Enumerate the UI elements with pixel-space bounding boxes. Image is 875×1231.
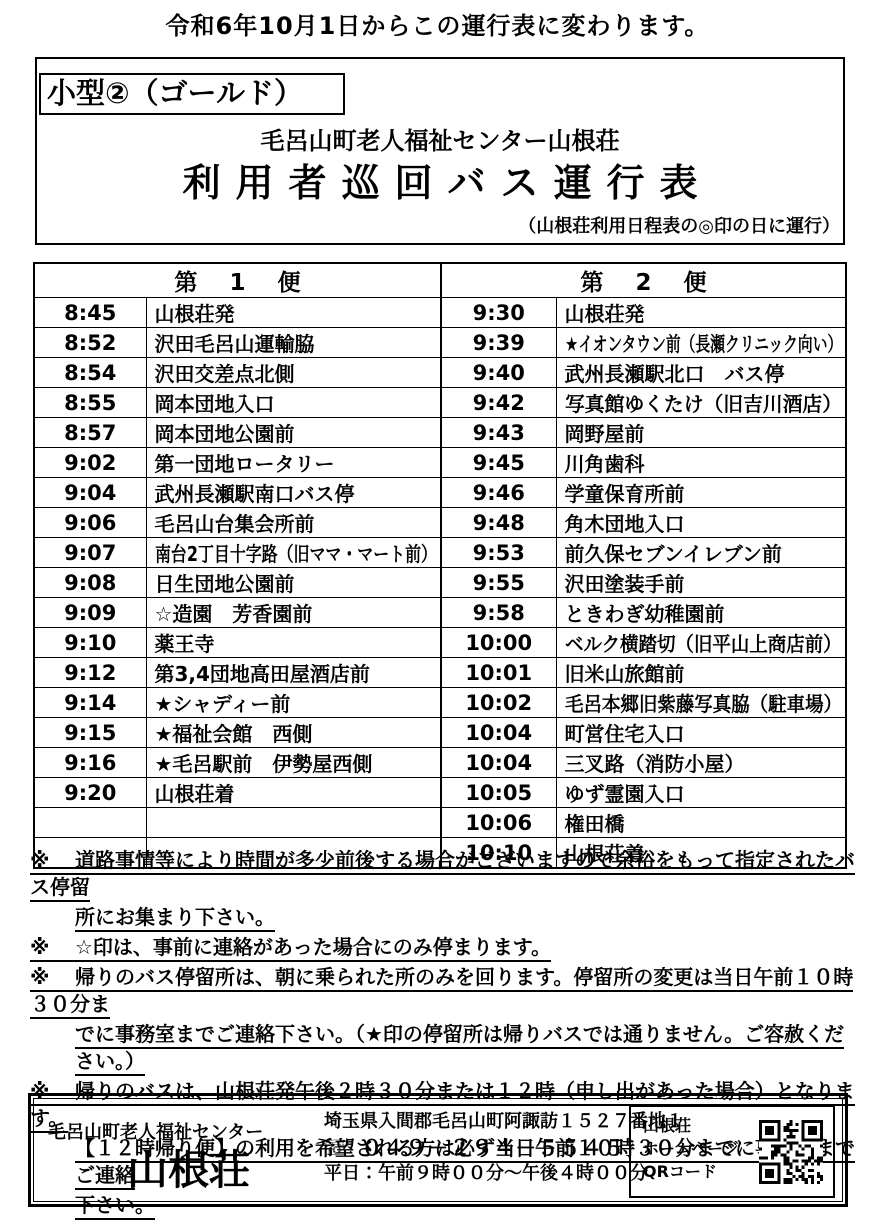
stop-name: 薬王寺 (155, 628, 215, 657)
stop-name: 武州長瀬駅南口バス停 (155, 478, 355, 507)
timetable-row: 9:09☆造園 芳香園前9:58ときわぎ幼稚園前 (34, 598, 846, 628)
timetable-row: 8:57岡本団地公園前9:43岡野屋前 (34, 418, 846, 448)
time-cell: 9:09 (34, 598, 146, 628)
time-cell: 9:06 (34, 508, 146, 538)
stop-cell: 毛呂山台集会所前 (146, 508, 441, 538)
stop-name: 権田橋 (565, 808, 625, 837)
stop-cell: 山根荘発 (146, 298, 441, 328)
stop-name: 前久保セブンイレブン前 (565, 538, 782, 567)
time-cell: 9:20 (34, 778, 146, 808)
time-cell (34, 808, 146, 838)
note-marker: ※ (30, 964, 75, 991)
stop-name: 第3,4団地高田屋酒店前 (155, 658, 370, 687)
stop-name: 岡本団地公園前 (155, 418, 295, 447)
qr-label-line: 山根荘 (643, 1114, 739, 1137)
stop-cell (146, 808, 441, 838)
stop-cell: ★毛呂駅前 伊勢屋西側 (146, 748, 441, 778)
time-cell: 9:12 (34, 658, 146, 688)
timetable-row: 9:02第一団地ロータリー9:45川角歯科 (34, 448, 846, 478)
timetable-row: 10:06権田橋 (34, 808, 846, 838)
qr-label-line: QRコード (643, 1160, 739, 1183)
time-cell: 8:57 (34, 418, 146, 448)
stop-cell: 川角歯科 (556, 448, 846, 478)
timetable-row: 9:07南台2丁目十字路（旧ママ・マート前）9:53前久保セブンイレブン前 (34, 538, 846, 568)
time-cell: 9:16 (34, 748, 146, 778)
stop-cell: 岡本団地入口 (146, 388, 441, 418)
stop-cell: ゆず霊園入口 (556, 778, 846, 808)
stop-cell: 山根荘発 (556, 298, 846, 328)
phone-icon: ☏ (324, 1136, 351, 1160)
stop-cell: ★シャディー前 (146, 688, 441, 718)
timetable-row: 8:45山根荘発9:30山根荘発 (34, 298, 846, 328)
stop-cell: ベルク横踏切（旧平山上商店前） (556, 628, 846, 658)
stop-cell: 薬王寺 (146, 628, 441, 658)
footer: 毛呂山町老人福祉センター 山根荘 埼玉県入間郡毛呂山町阿諏訪１５２７番地１ ☏０… (28, 1093, 848, 1207)
org-name: 毛呂山町老人福祉センター山根荘 (37, 121, 843, 156)
trip1-header: 第 1 便 (34, 263, 441, 298)
timetable-row: 9:15★福祉会館 西側10:04町営住宅入口 (34, 718, 846, 748)
timetable-row: 8:55岡本団地入口9:42写真館ゆくたけ（旧吉川酒店） (34, 388, 846, 418)
timetable-row: 9:08日生団地公園前9:55沢田塗装手前 (34, 568, 846, 598)
stop-cell: 山根荘着 (146, 778, 441, 808)
time-cell: 10:06 (441, 808, 556, 838)
stop-name: 毛呂山台集会所前 (155, 508, 315, 537)
note-marker: ※ (30, 847, 75, 874)
qr-code (759, 1120, 823, 1184)
time-cell: 10:04 (441, 718, 556, 748)
stop-name: 沢田交差点北側 (155, 358, 295, 387)
stop-name: ★福祉会館 西側 (155, 718, 313, 747)
stop-cell: 権田橋 (556, 808, 846, 838)
stop-name: 山根荘発 (155, 298, 235, 327)
stop-name: 写真館ゆくたけ（旧吉川酒店） (565, 388, 842, 417)
time-cell: 9:14 (34, 688, 146, 718)
stop-cell: 写真館ゆくたけ（旧吉川酒店） (556, 388, 846, 418)
stop-cell: 沢田塗装手前 (556, 568, 846, 598)
stop-name: 武州長瀬駅北口 バス停 (565, 358, 785, 387)
time-cell: 8:52 (34, 328, 146, 358)
stop-name: 山根荘発 (565, 298, 645, 327)
stop-name: 沢田塗装手前 (565, 568, 685, 597)
timetable-row: 8:52沢田毛呂山運輸脇9:39★イオンタウン前（長瀬クリニック向い） (34, 328, 846, 358)
stop-name: 角木団地入口 (565, 508, 685, 537)
note-item: ※道路事情等により時間が多少前後する場合がございますので余裕をもって指定されたバ… (30, 847, 860, 931)
stop-cell: 武州長瀬駅北口 バス停 (556, 358, 846, 388)
time-cell: 8:54 (34, 358, 146, 388)
stop-cell: 南台2丁目十字路（旧ママ・マート前） (146, 538, 441, 568)
stop-cell: 日生団地公園前 (146, 568, 441, 598)
document-page: 令和6年10月1日からこの運行表に変わります。 小型②（ゴールド） 毛呂山町老人… (0, 0, 875, 1231)
timetable-row: 9:14★シャディー前10:02毛呂本郷旧紫藤写真脇（駐車場） (34, 688, 846, 718)
timetable-header-row: 第 1 便 第 2 便 (34, 263, 846, 298)
note-item: ※帰りのバス停留所は、朝に乗られた所のみを回ります。停留所の変更は当日午前１０時… (30, 964, 860, 1075)
stop-name: 旧米山旅館前 (565, 658, 685, 687)
time-cell: 8:55 (34, 388, 146, 418)
timetable-row: 9:20山根荘着10:05ゆず霊園入口 (34, 778, 846, 808)
stop-name: 沢田毛呂山運輸脇 (155, 328, 315, 357)
timetable-row: 9:10薬王寺10:00ベルク横踏切（旧平山上商店前） (34, 628, 846, 658)
stop-cell: 学童保育所前 (556, 478, 846, 508)
stop-name: ときわぎ幼稚園前 (565, 598, 725, 627)
stop-name: ☆造園 芳香園前 (155, 598, 313, 627)
note-line: でに事務室までご連絡下さい。（★印の停留所は帰りバスでは通りません。ご容赦くださ… (30, 1021, 860, 1075)
time-cell: 9:42 (441, 388, 556, 418)
stop-cell: 第一団地ロータリー (146, 448, 441, 478)
stop-cell: 三叉路（消防小屋） (556, 748, 846, 778)
time-cell: 9:45 (441, 448, 556, 478)
time-cell: 9:48 (441, 508, 556, 538)
time-cell: 10:02 (441, 688, 556, 718)
note-item: ※☆印は、事前に連絡があった場合にのみ停まります。 (30, 934, 860, 961)
time-cell: 9:15 (34, 718, 146, 748)
stop-cell: 沢田交差点北側 (146, 358, 441, 388)
time-cell: 9:04 (34, 478, 146, 508)
note-line: ※帰りのバス停留所は、朝に乗られた所のみを回ります。停留所の変更は当日午前１０時… (30, 964, 860, 1018)
time-cell: 10:00 (441, 628, 556, 658)
stop-name: ★毛呂駅前 伊勢屋西側 (155, 748, 373, 777)
bus-type-badge: 小型②（ゴールド） (39, 73, 345, 115)
timetable-row: 8:54沢田交差点北側9:40武州長瀬駅北口 バス停 (34, 358, 846, 388)
time-cell: 9:02 (34, 448, 146, 478)
stop-name: 日生団地公園前 (155, 568, 295, 597)
timetable-row: 9:04武州長瀬駅南口バス停9:46学童保育所前 (34, 478, 846, 508)
stop-name: 学童保育所前 (565, 478, 685, 507)
time-cell: 9:39 (441, 328, 556, 358)
time-cell: 9:40 (441, 358, 556, 388)
time-cell: 8:45 (34, 298, 146, 328)
phone-number: ０４９－２９４－５５４５ (361, 1136, 625, 1160)
stop-name: 南台2丁目十字路（旧ママ・マート前） (155, 538, 437, 567)
stop-cell: 毛呂本郷旧紫藤写真脇（駐車場） (556, 688, 846, 718)
stop-cell: 町営住宅入口 (556, 718, 846, 748)
stop-cell: 武州長瀬駅南口バス停 (146, 478, 441, 508)
time-cell: 9:08 (34, 568, 146, 598)
stop-name: 毛呂本郷旧紫藤写真脇（駐車場） (565, 688, 842, 717)
footer-facility-name: 山根荘 (127, 1137, 250, 1196)
time-cell: 9:43 (441, 418, 556, 448)
stop-cell: ★イオンタウン前（長瀬クリニック向い） (556, 328, 846, 358)
timetable-row: 9:06毛呂山台集会所前9:48角木団地入口 (34, 508, 846, 538)
page-title: 利用者巡回バス運行表 (37, 152, 843, 207)
note-line: 所にお集まり下さい。 (30, 904, 860, 931)
stop-name: 第一団地ロータリー (155, 448, 335, 477)
note-line: ※道路事情等により時間が多少前後する場合がございますので余裕をもって指定されたバ… (30, 847, 860, 901)
bus-timetable: 第 1 便 第 2 便 8:45山根荘発9:30山根荘発8:52沢田毛呂山運輸脇… (33, 262, 847, 869)
stop-cell: 旧米山旅館前 (556, 658, 846, 688)
stop-name: 町営住宅入口 (565, 718, 685, 747)
stop-cell: 岡本団地公園前 (146, 418, 441, 448)
stop-cell: ★福祉会館 西側 (146, 718, 441, 748)
stop-cell: 前久保セブンイレブン前 (556, 538, 846, 568)
stop-name: ベルク横踏切（旧平山上商店前） (565, 628, 842, 657)
stop-name: 岡野屋前 (565, 418, 645, 447)
stop-cell: 第3,4団地高田屋酒店前 (146, 658, 441, 688)
footer-inner-frame: 毛呂山町老人福祉センター 山根荘 埼玉県入間郡毛呂山町阿諏訪１５２７番地１ ☏０… (33, 1098, 843, 1202)
qr-label-line: ホームページ (643, 1137, 739, 1160)
time-cell: 9:10 (34, 628, 146, 658)
stop-name: 岡本団地入口 (155, 388, 275, 417)
stop-cell: 沢田毛呂山運輸脇 (146, 328, 441, 358)
stop-name: ★イオンタウン前（長瀬クリニック向い） (565, 328, 842, 357)
time-cell: 9:30 (441, 298, 556, 328)
time-cell: 9:55 (441, 568, 556, 598)
stop-cell: ☆造園 芳香園前 (146, 598, 441, 628)
qr-label: 山根荘ホームページQRコード (643, 1114, 739, 1183)
timetable-row: 9:16★毛呂駅前 伊勢屋西側10:04三叉路（消防小屋） (34, 748, 846, 778)
timetable-row: 9:12第3,4団地高田屋酒店前10:01旧米山旅館前 (34, 658, 846, 688)
stop-cell: 岡野屋前 (556, 418, 846, 448)
stop-cell: ときわぎ幼稚園前 (556, 598, 846, 628)
stop-name: 川角歯科 (565, 448, 645, 477)
stop-name: 三叉路（消防小屋） (565, 748, 745, 777)
title-box: 小型②（ゴールド） 毛呂山町老人福祉センター山根荘 利用者巡回バス運行表 （山根… (35, 57, 845, 245)
time-cell: 9:46 (441, 478, 556, 508)
operating-days-note: （山根荘利用日程表の◎印の日に運行） (518, 212, 840, 238)
time-cell: 9:07 (34, 538, 146, 568)
time-cell: 10:04 (441, 748, 556, 778)
time-cell: 10:01 (441, 658, 556, 688)
note-line: ※☆印は、事前に連絡があった場合にのみ停まります。 (30, 934, 860, 961)
trip2-header: 第 2 便 (441, 263, 846, 298)
note-marker: ※ (30, 934, 75, 961)
stop-name: ゆず霊園入口 (565, 778, 685, 807)
stop-name: 山根荘着 (155, 778, 235, 807)
change-notice: 令和6年10月1日からこの運行表に変わります。 (0, 6, 875, 41)
time-cell: 9:53 (441, 538, 556, 568)
stop-cell: 角木団地入口 (556, 508, 846, 538)
qr-box: 山根荘ホームページQRコード (629, 1105, 835, 1198)
stop-name: ★シャディー前 (155, 688, 291, 717)
time-cell: 9:58 (441, 598, 556, 628)
time-cell: 10:05 (441, 778, 556, 808)
